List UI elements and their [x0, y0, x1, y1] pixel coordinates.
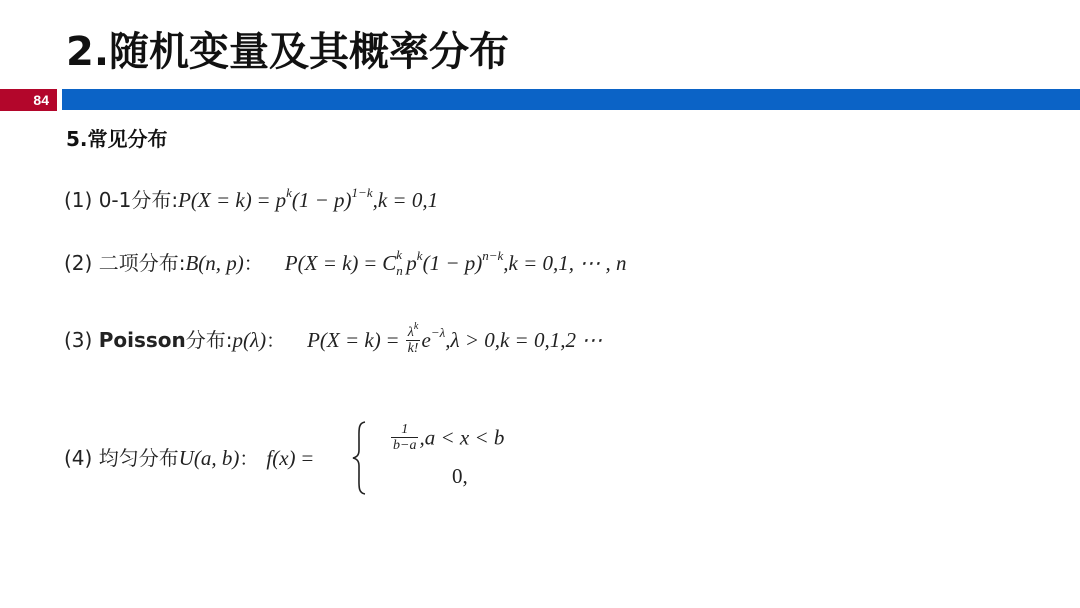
formula-lhs: f(x)= — [266, 446, 319, 470]
item-index: (1) — [64, 188, 92, 212]
distribution-uniform: (4) 均匀分布U(a, b)：f(x)= — [64, 443, 319, 474]
formula: P(X = k)=Cknpk(1 − p)n−k,k = 0,1, ⋯ , n — [285, 251, 627, 275]
item-index: (2) — [64, 251, 92, 275]
case-1: 1b−a,a < x < b — [390, 424, 504, 455]
separator: ： — [239, 448, 258, 470]
distribution-name: 分布: — [186, 328, 233, 352]
separator: ： — [266, 330, 285, 352]
header-bar — [62, 89, 1080, 110]
formula: P(X = k)=pk(1 − p)1−k,k = 0,1 — [178, 188, 438, 212]
distribution-binomial: (2) 二项分布:B(n, p)：P(X = k)=Cknpk(1 − p)n−… — [64, 248, 627, 279]
fraction: 1b−a — [391, 422, 418, 453]
section-title: 5.常见分布 — [66, 124, 168, 154]
slide-title: 2.随机变量及其概率分布 — [66, 26, 509, 78]
distribution-notation: p(λ) — [233, 328, 267, 352]
item-index: (3) — [64, 328, 92, 352]
distribution-name: 均匀分布 — [99, 446, 179, 470]
item-index: (4) — [64, 446, 92, 470]
case-2: 0, — [452, 464, 468, 489]
distribution-name-bold: Poisson — [99, 328, 186, 352]
formula: P(X = k)=λkk!e−λ,λ > 0,k = 0,1,2 ⋯ — [307, 328, 602, 352]
distribution-name: 0-1分布: — [99, 188, 178, 212]
distribution-bernoulli: (1) 0-1分布:P(X = k)=pk(1 − p)1−k,k = 0,1 — [64, 185, 438, 215]
distribution-poisson: (3) Poisson分布:p(λ)：P(X = k)=λkk!e−λ,λ > … — [64, 325, 602, 358]
page-number-badge: 84 — [0, 89, 57, 111]
fraction: λkk! — [406, 325, 421, 356]
separator: ： — [244, 253, 263, 275]
piecewise-definition: 1b−a,a < x < b 0, — [350, 420, 570, 500]
left-brace-icon — [350, 420, 370, 496]
distribution-name: 二项分布: — [99, 251, 186, 275]
distribution-notation: U(a, b) — [179, 446, 240, 470]
distribution-notation: B(n, p) — [185, 251, 243, 275]
